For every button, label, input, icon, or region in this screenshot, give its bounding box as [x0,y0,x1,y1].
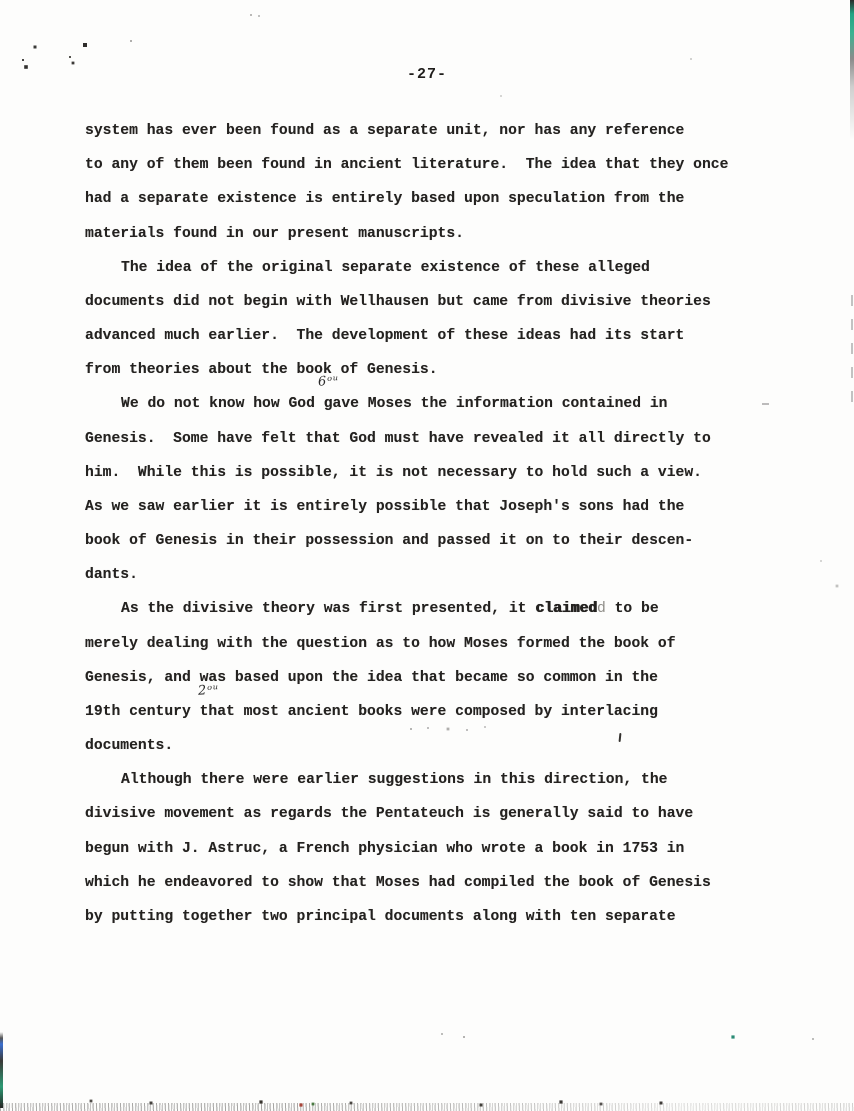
scan-noise-bottom-band [0,1103,854,1111]
handwritten-annotation-above-gave: 6ᵒᵘ [318,373,340,389]
ink-specks [0,0,2,2]
text-line: materials found in our present manuscrip… [85,223,805,245]
text-line: The idea of the original separate existe… [85,257,841,279]
text-line: to any of them been found in ancient lit… [85,154,805,176]
handwritten-annotation-above-19th-century: 2ᵒᵘ [198,682,220,698]
text-line: documents. [85,735,805,757]
text-line: As the divisive theory was first present… [85,598,841,620]
text-line: had a separate existence is entirely bas… [85,188,805,210]
document-body: system has ever been found as a separate… [0,0,854,1111]
scanned-document-page: -27- system has ever been found as a sep… [0,0,854,1111]
text-line: him. While this is possible, it is not n… [85,462,805,484]
text-line: 19th century that most ancient books wer… [85,701,805,723]
scan-edge-artifact-left-bottom [0,1032,3,1108]
text-segment-overstrike: claimed [535,601,597,617]
text-line: which he endeavored to show that Moses h… [85,872,805,894]
scan-edge-artifact-right-mid [851,295,853,410]
text-segment-faint: d [597,601,606,617]
text-line: dants. [85,564,805,586]
text-line: documents did not begin with Wellhausen … [85,291,805,313]
text-line: merely dealing with the question as to h… [85,633,805,655]
text-line: begun with J. Astruc, a French physician… [85,838,805,860]
scan-edge-artifact-right-top [850,0,854,140]
text-line: As we saw earlier it is entirely possibl… [85,496,805,518]
text-line: from theories about the book of Genesis. [85,359,805,381]
stray-dash-mark [762,403,769,405]
text-line: divisive movement as regards the Pentate… [85,803,805,825]
text-segment: to be [606,601,659,617]
text-line: advanced much earlier. The development o… [85,325,805,347]
text-line: Although there were earlier suggestions … [85,769,841,791]
text-line: by putting together two principal docume… [85,906,805,928]
text-line: Genesis. Some have felt that God must ha… [85,428,805,450]
text-line: book of Genesis in their possession and … [85,530,805,552]
text-line: system has ever been found as a separate… [85,120,805,142]
text-line: We do not know how God gave Moses the in… [85,393,841,415]
text-segment: As the divisive theory was first present… [121,601,535,617]
text-line: Genesis, and was based upon the idea tha… [85,667,805,689]
